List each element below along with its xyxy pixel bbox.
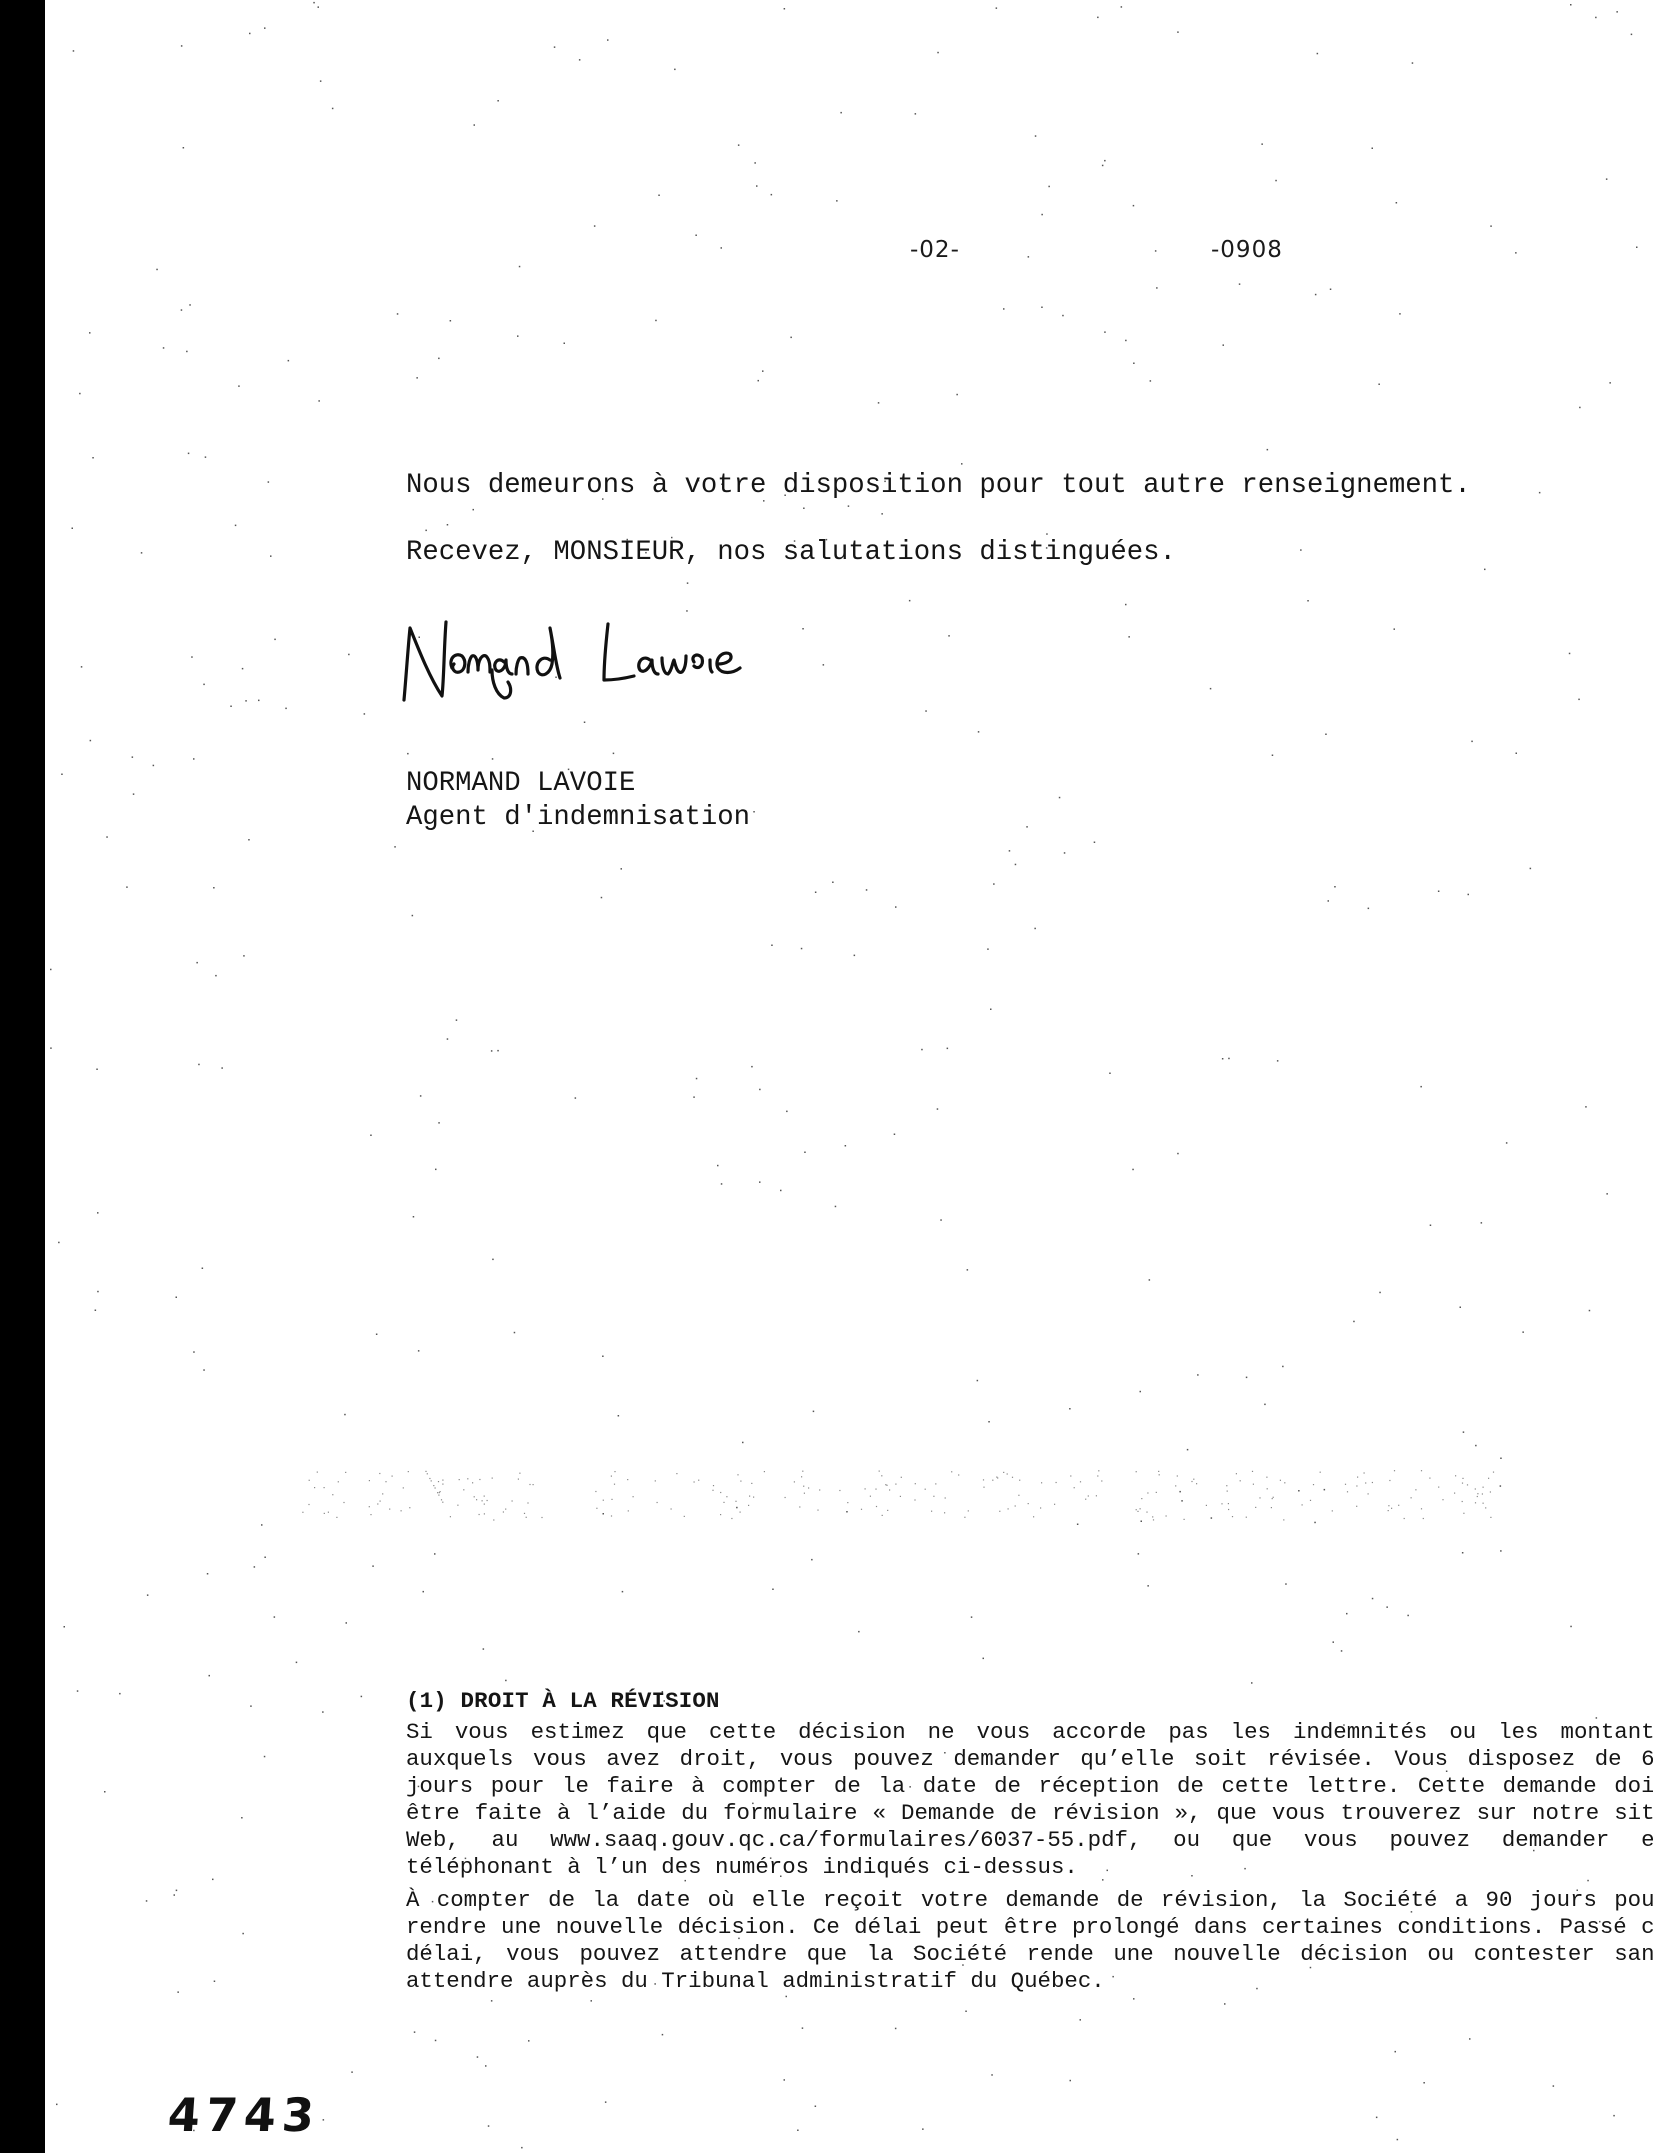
handwritten-stamp-number: 4743 (166, 2088, 322, 2142)
handwritten-signature: Normand Lavoie (400, 608, 780, 718)
revision-rights-paragraph-2: À compter de la date où elle reçoit votr… (406, 1887, 1653, 1995)
scan-edge-black-bar (0, 0, 45, 2153)
reference-number: -0908 (1211, 237, 1283, 263)
revision-rights-paragraph-1: Si vous estimez que cette décision ne vo… (406, 1719, 1653, 1881)
closing-line-salutation: Recevez, MONSIEUR, nos salutations disti… (406, 537, 1176, 568)
signer-name: NORMAND LAVOIE (406, 768, 635, 799)
closing-line-availability: Nous demeurons à votre disposition pour … (406, 470, 1471, 501)
page-header: -02- -0908 (0, 237, 1653, 267)
page-number: -02- (910, 237, 960, 263)
signer-title: Agent d'indemnisation (406, 802, 750, 833)
revision-rights-heading: (1) DROIT À LA RÉVISION (406, 1688, 1653, 1715)
revision-rights-notice: (1) DROIT À LA RÉVISION Si vous estimez … (406, 1688, 1653, 2001)
